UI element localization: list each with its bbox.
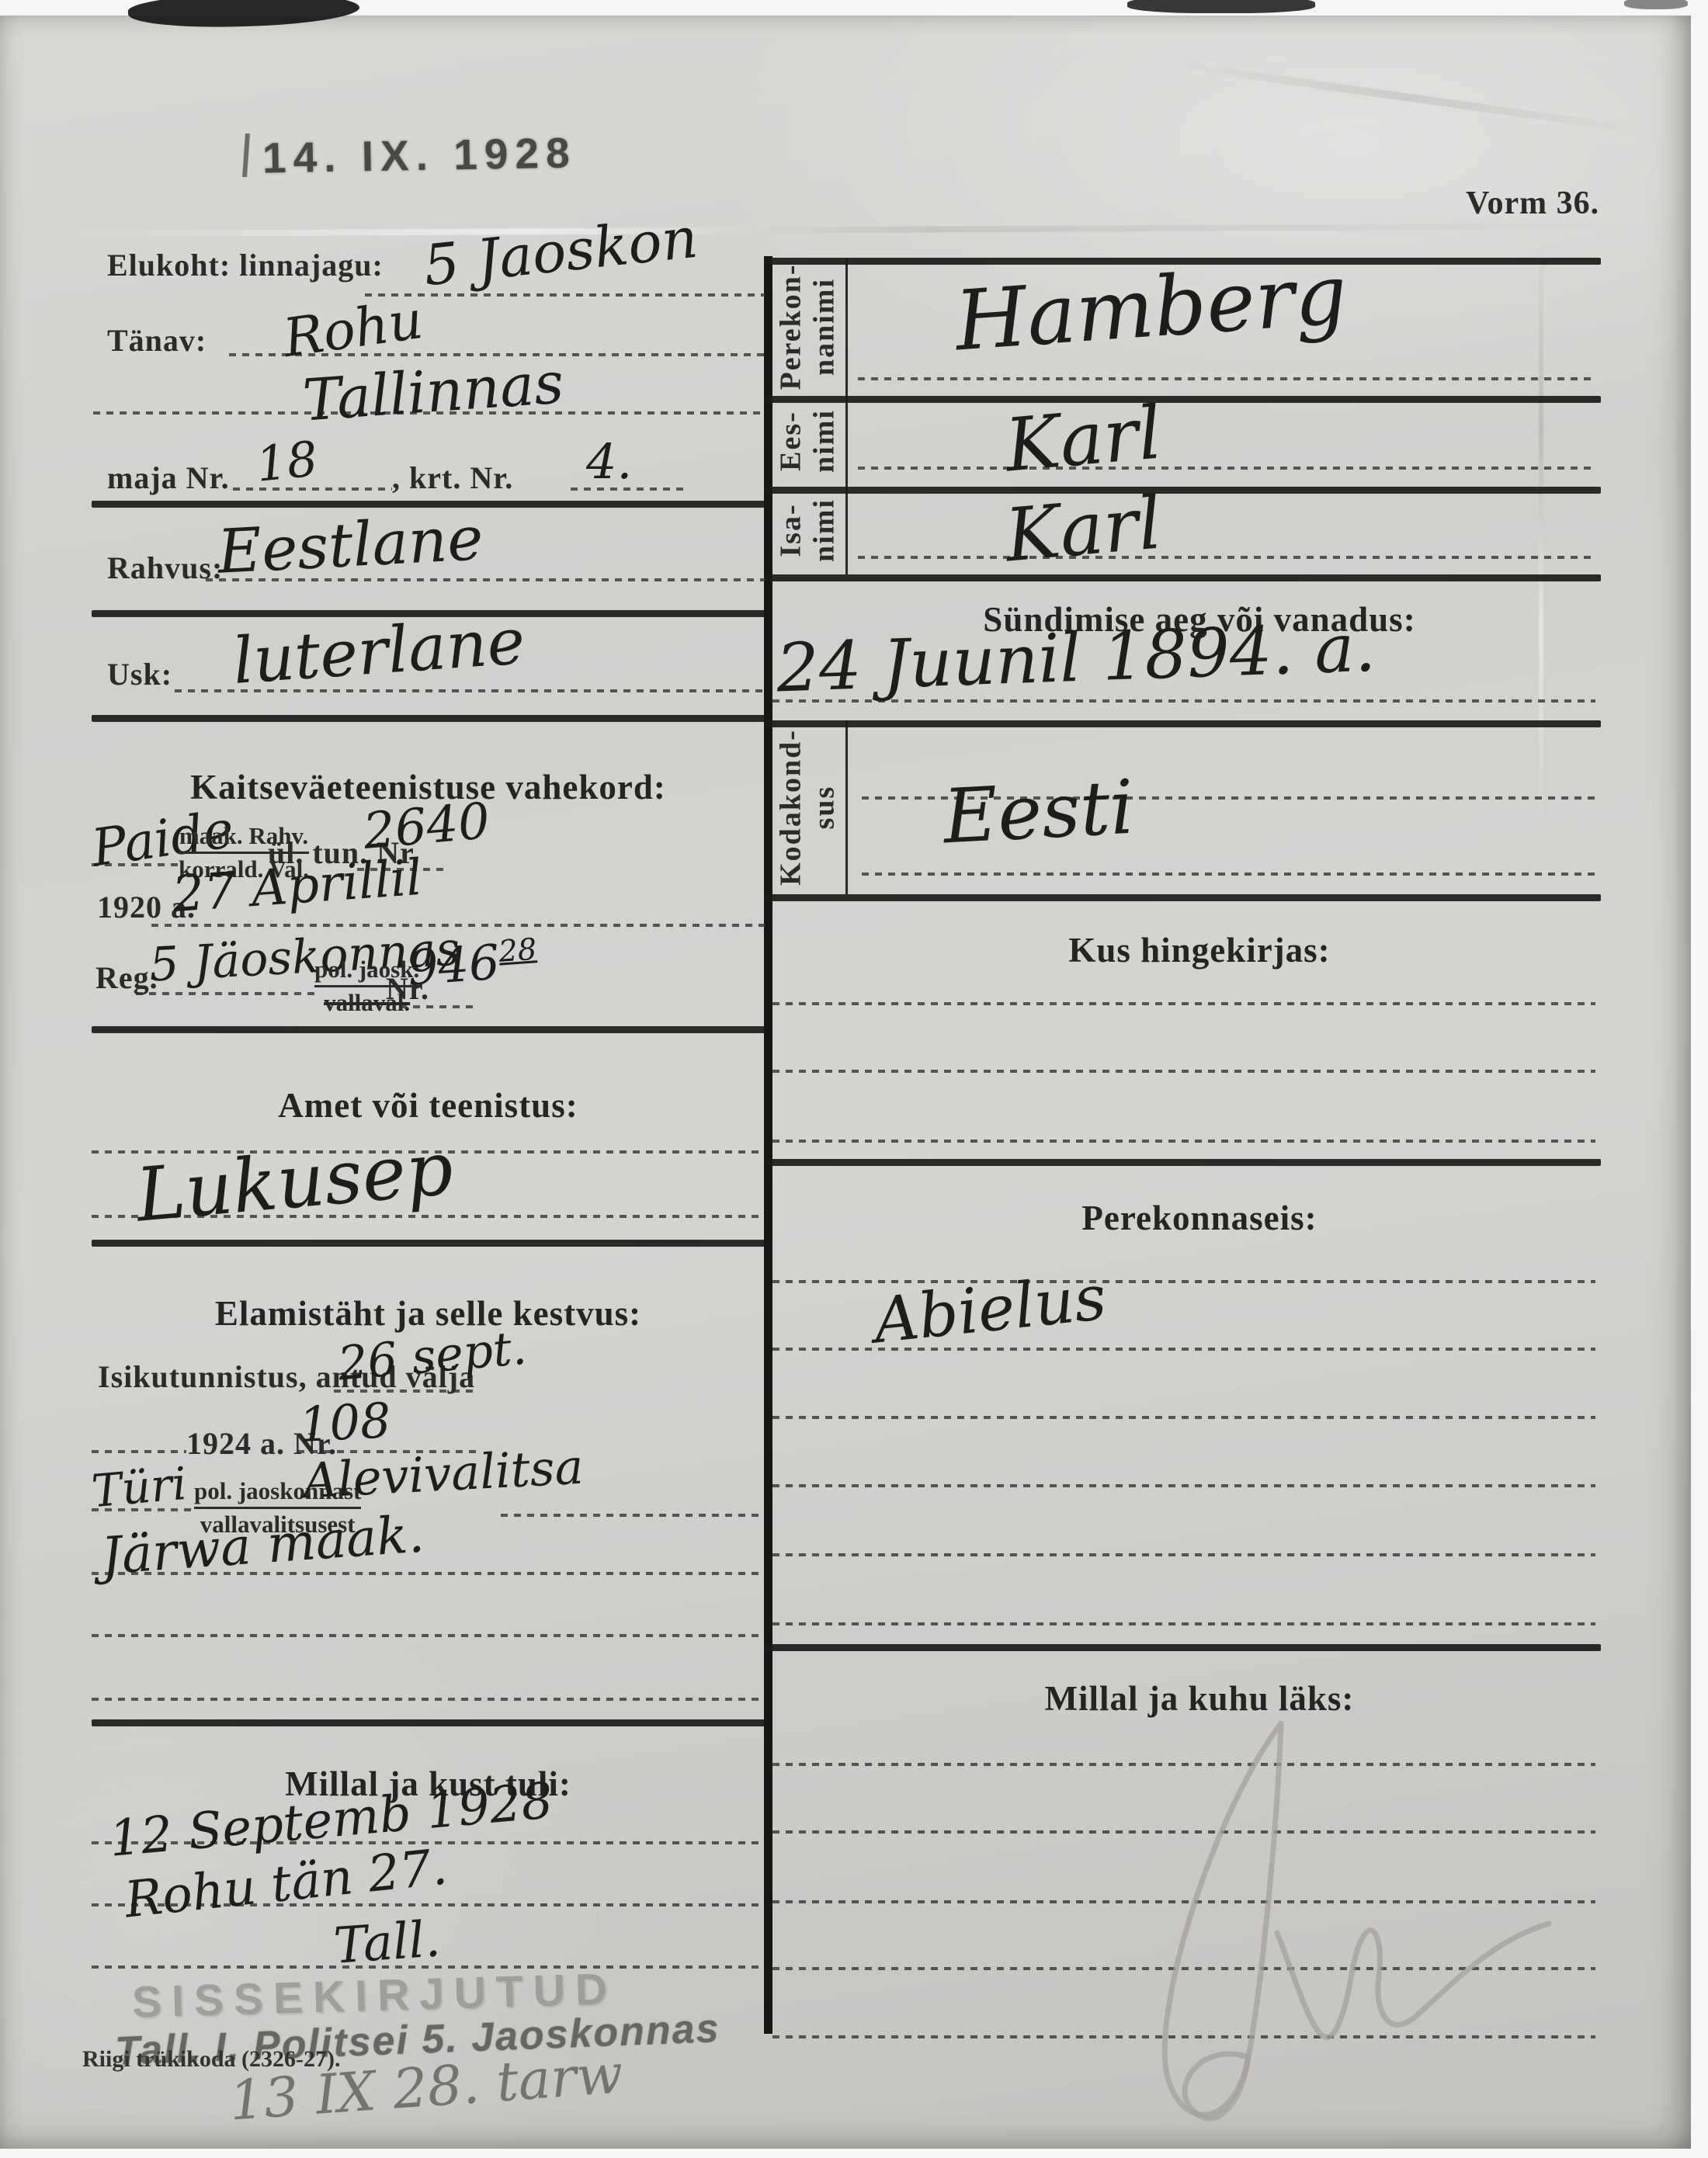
occupation-header: Amet või teenistus: — [92, 1085, 765, 1126]
dotted-line — [365, 293, 765, 297]
rule — [764, 1159, 1601, 1166]
dotted-line — [772, 1484, 1595, 1487]
house-number-value: 18 — [253, 430, 320, 493]
rule — [92, 1719, 765, 1726]
id-place-value: Türi — [89, 1457, 189, 1518]
dotted-line — [858, 377, 1595, 380]
registration-card: 14. IX. 1928 Vorm 36. Perekon- nanimi Ha… — [0, 0, 1708, 2158]
date-stamp: 14. IX. 1928 — [262, 127, 577, 182]
dotted-line — [92, 1634, 765, 1637]
citizenship-label: Kodakond- sus — [774, 729, 840, 886]
parish-header: Kus hingekirjas: — [804, 930, 1595, 970]
dotted-line — [772, 1622, 1595, 1625]
form-reference: Vorm 36. — [1466, 185, 1599, 222]
dotted-line — [772, 1140, 1595, 1143]
permit-header: Elamistäht ja selle kestvus: — [92, 1293, 765, 1334]
registration-nr-sup: 28 — [498, 932, 538, 970]
fathername-label: Isa- nimi — [774, 498, 840, 562]
religion-label: Usk: — [107, 656, 172, 692]
apartment-number-value: 4. — [586, 433, 632, 490]
nationality-label: Rahvus: — [107, 550, 223, 586]
dotted-line — [501, 1514, 765, 1517]
rule — [764, 487, 1601, 494]
column-divider — [764, 256, 772, 2034]
surname-label: Perekon- nanimi — [774, 263, 840, 390]
scan-artifact — [1127, 0, 1315, 13]
dotted-line — [92, 1698, 765, 1701]
label-column-border — [845, 720, 848, 894]
marital-header: Perekonnaseis: — [804, 1198, 1595, 1238]
pencil-scribble — [1048, 1669, 1592, 2135]
dotted-line — [858, 467, 1595, 470]
firstname-label: Ees- nimi — [774, 409, 840, 473]
rule — [764, 720, 1601, 727]
citizenship-value: Eesti — [941, 764, 1136, 861]
registration-nr-value: 94628 — [406, 931, 540, 996]
dotted-line — [862, 873, 1595, 876]
rule — [92, 715, 765, 722]
dotted-line — [772, 1002, 1595, 1005]
arrival-city-value: Tall. — [332, 1910, 443, 1975]
dotted-line — [136, 992, 314, 995]
firstname-value: Karl — [1002, 390, 1165, 488]
fathername-value: Karl — [1002, 481, 1165, 578]
rule — [764, 574, 1601, 581]
dotted-line — [233, 487, 392, 491]
dotted-line — [858, 556, 1595, 559]
dotted-line — [92, 1450, 186, 1453]
rule — [92, 1240, 765, 1247]
rule — [764, 396, 1601, 403]
registration-nr-main: 946 — [406, 934, 502, 997]
residence-label: Elukoht: linnajagu: — [107, 247, 384, 283]
apartment-number-label: , krt. Nr. — [392, 460, 513, 496]
dotted-line — [772, 1416, 1595, 1419]
dotted-line — [772, 1553, 1595, 1556]
dotted-line — [772, 1070, 1595, 1073]
house-number-label: maja Nr. — [107, 460, 230, 496]
scan-artifact — [1624, 0, 1688, 9]
label-column-border — [845, 258, 848, 574]
military-certificate-value: 2640 — [361, 793, 492, 861]
street-label: Tänav: — [107, 322, 207, 359]
rule — [764, 894, 1601, 901]
rule — [92, 1026, 765, 1033]
id-number-value: 108 — [297, 1392, 392, 1453]
rule — [764, 1644, 1601, 1651]
nationality-value: Eestlane — [216, 504, 485, 588]
